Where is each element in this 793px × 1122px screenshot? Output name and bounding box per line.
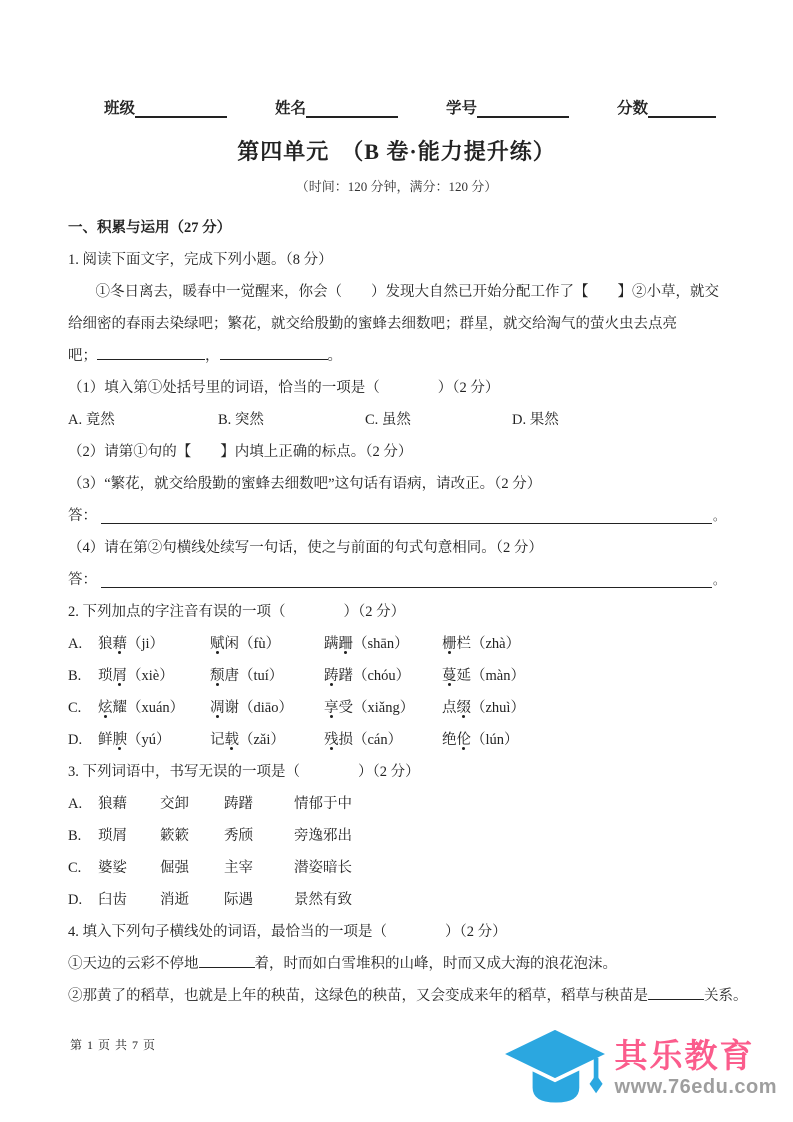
q4-sentence-1: ①天边的云彩不停地着，时而如白雪堆积的山峰，时而又成大海的浪花泡沫。	[68, 948, 725, 980]
option-letter: B.	[68, 820, 98, 852]
option-letter: C.	[68, 852, 98, 884]
pinyin-item: 凋谢（diāo）	[210, 692, 324, 724]
q4-s2-pre: ②那黄了的稻草，也就是上年的秧苗，这绿色的秧苗，又会变成来年的稻草，稻草与秧苗是	[68, 988, 648, 1004]
brand-website: www.76edu.com	[615, 1076, 777, 1098]
q2-option-row-c: C. 炫耀（xuán） 凋谢（diāo） 享受（xiǎng） 点缀（zhuì）	[68, 692, 725, 724]
score-label: 分数	[617, 98, 648, 120]
q4-stem: 4. 填入下列句子横线处的词语，最恰当的一项是（ ）（2 分）	[68, 916, 725, 948]
pinyin-item: 狼藉（ji）	[98, 628, 210, 660]
q1-sub3-answer-row: 答： 。	[68, 500, 725, 532]
word-item: 狼藉	[98, 788, 160, 820]
pinyin-item: 点缀（zhuì）	[442, 692, 725, 724]
q1-inline-blank-1	[97, 356, 205, 360]
word-item: 琐屑	[98, 820, 160, 852]
pinyin-item: 残损（cán）	[324, 724, 442, 756]
word-item: 簌簌	[160, 820, 224, 852]
q1-passage-line-3: 吧；，。	[68, 340, 725, 372]
q2-option-row-d: D. 鲜腴（yú） 记载（zǎi） 残损（cán） 绝伦（lún）	[68, 724, 725, 756]
q4-s1-post: 着，时而如白雪堆积的山峰，时而又成大海的浪花泡沫。	[255, 956, 618, 972]
pinyin-item: 炫耀（xuán）	[98, 692, 210, 724]
pinyin-item: 享受（xiǎng）	[324, 692, 442, 724]
pinyin-item: 鲜腴（yú）	[98, 724, 210, 756]
name-label: 姓名	[275, 98, 306, 120]
student-info-row: 班级 姓名 学号 分数	[104, 98, 716, 120]
q1-sub4-stem: （4）请在第②句横线处续写一句话，使之与前面的句式句意相同。（2 分）	[68, 532, 725, 564]
option-letter: A.	[68, 788, 98, 820]
option-letter: C.	[68, 692, 98, 724]
q1-option-b: B. 突然	[218, 404, 365, 436]
q4-s2-post: 关系。	[704, 988, 748, 1004]
name-blank-line	[306, 116, 398, 118]
q1-sub2-stem: （2）请第①句的【 】内填上正确的标点。（2 分）	[68, 436, 725, 468]
page-number: 第 1 页 共 7 页	[70, 1036, 156, 1053]
q1-passage-tail-sep: ，	[205, 348, 220, 364]
q3-option-row-a: A. 狼藉 交卸 踌躇 情郁于中	[68, 788, 725, 820]
q1-passage-line-1: ①冬日离去，暖春中一觉醒来，你会（ ）发现大自然已开始分配工作了【 】②小草，就…	[68, 276, 725, 308]
q3-option-row-c: C. 婆娑 倔强 主宰 潜姿暗长	[68, 852, 725, 884]
word-item: 景然有致	[294, 884, 725, 916]
q2-option-row-a: A. 狼藉（ji） 赋闲（fù） 蹒跚（shān） 栅栏（zhà）	[68, 628, 725, 660]
graduation-cap-icon	[499, 1026, 611, 1110]
score-blank-line	[648, 116, 716, 118]
exam-body: 一、积累与运用（27 分） 1. 阅读下面文字，完成下列小题。（8 分） ①冬日…	[68, 212, 725, 1012]
word-item: 婆娑	[98, 852, 160, 884]
word-item: 秀颀	[224, 820, 294, 852]
option-letter: D.	[68, 884, 98, 916]
q4-sentence-2: ②那黄了的稻草，也就是上年的秧苗，这绿色的秧苗，又会变成来年的稻草，稻草与秧苗是…	[68, 980, 725, 1012]
pinyin-item: 绝伦（lún）	[442, 724, 725, 756]
student-id-field: 学号	[446, 98, 569, 120]
brand-logo: 其乐教育 www.76edu.com	[499, 1026, 777, 1110]
q1-passage-tail-end: 。	[328, 348, 343, 364]
class-label: 班级	[104, 98, 135, 120]
word-item: 际遇	[224, 884, 294, 916]
word-item: 交卸	[160, 788, 224, 820]
brand-text-block: 其乐教育 www.76edu.com	[615, 1038, 777, 1098]
answer-blank-line	[101, 586, 712, 588]
q1-passage-tail-pre: 吧；	[68, 348, 97, 364]
q4-inline-blank-2	[648, 996, 704, 1000]
q2-option-row-b: B. 琐屑（xiè） 颓唐（tuí） 踌躇（chóu） 蔓延（màn）	[68, 660, 725, 692]
q1-sub4-answer-row: 答： 。	[68, 564, 725, 596]
section-heading: 一、积累与运用（27 分）	[68, 212, 725, 244]
q1-option-d: D. 果然	[512, 404, 725, 436]
exam-page: 班级 姓名 学号 分数 第四单元 （B 卷·能力提升练） （时间：120 分钟，…	[0, 0, 793, 1122]
pinyin-item: 栅栏（zhà）	[442, 628, 725, 660]
name-field: 姓名	[275, 98, 398, 120]
q3-stem: 3. 下列词语中，书写无误的一项是（ ）（2 分）	[68, 756, 725, 788]
q2-stem: 2. 下列加点的字注音有误的一项（ ）（2 分）	[68, 596, 725, 628]
pinyin-item: 踌躇（chóu）	[324, 660, 442, 692]
q1-passage-line-2: 给细密的春雨去染绿吧；繁花，就交给殷勤的蜜蜂去细数吧；群星，就交给淘气的萤火虫去…	[68, 308, 725, 340]
word-item: 倔强	[160, 852, 224, 884]
student-id-label: 学号	[446, 98, 477, 120]
q1-sub3-stem: （3）“繁花，就交给殷勤的蜜蜂去细数吧”这句话有语病，请改正。（2 分）	[68, 468, 725, 500]
student-id-blank-line	[477, 116, 569, 118]
word-item: 情郁于中	[294, 788, 725, 820]
page-content: 班级 姓名 学号 分数 第四单元 （B 卷·能力提升练） （时间：120 分钟，…	[0, 98, 793, 1012]
q3-option-row-d: D. 臼齿 消逝 际遇 景然有致	[68, 884, 725, 916]
q1-sub1-stem: （1）填入第①处括号里的词语，恰当的一项是（ ）（2 分）	[68, 372, 725, 404]
word-item: 消逝	[160, 884, 224, 916]
answer-blank-line	[101, 522, 712, 524]
q4-inline-blank-1	[199, 964, 255, 968]
class-field: 班级	[104, 98, 227, 120]
answer-label: 答：	[68, 500, 97, 532]
pinyin-item: 琐屑（xiè）	[98, 660, 210, 692]
class-blank-line	[135, 116, 227, 118]
q4-s1-pre: ①天边的云彩不停地	[68, 956, 199, 972]
word-item: 潜姿暗长	[294, 852, 725, 884]
q1-options-row: A. 竟然 B. 突然 C. 虽然 D. 果然	[68, 404, 725, 436]
word-item: 臼齿	[98, 884, 160, 916]
page-title: 第四单元 （B 卷·能力提升练）	[68, 136, 725, 168]
pinyin-item: 蹒跚（shān）	[324, 628, 442, 660]
answer-period: 。	[713, 564, 725, 596]
option-letter: A.	[68, 628, 98, 660]
q1-stem: 1. 阅读下面文字，完成下列小题。（8 分）	[68, 244, 725, 276]
brand-name: 其乐教育	[615, 1038, 755, 1074]
word-item: 踌躇	[224, 788, 294, 820]
pinyin-item: 记载（zǎi）	[210, 724, 324, 756]
option-letter: D.	[68, 724, 98, 756]
pinyin-item: 赋闲（fù）	[210, 628, 324, 660]
q3-option-row-b: B. 琐屑 簌簌 秀颀 旁逸邪出	[68, 820, 725, 852]
exam-time-score-note: （时间：120 分钟，满分：120 分）	[68, 178, 725, 196]
pinyin-item: 蔓延（màn）	[442, 660, 725, 692]
pinyin-item: 颓唐（tuí）	[210, 660, 324, 692]
answer-period: 。	[713, 500, 725, 532]
score-field: 分数	[617, 98, 716, 120]
option-letter: B.	[68, 660, 98, 692]
word-item: 主宰	[224, 852, 294, 884]
answer-label: 答：	[68, 564, 97, 596]
q1-option-a: A. 竟然	[68, 404, 218, 436]
q1-option-c: C. 虽然	[365, 404, 512, 436]
q1-inline-blank-2	[220, 356, 328, 360]
word-item: 旁逸邪出	[294, 820, 725, 852]
